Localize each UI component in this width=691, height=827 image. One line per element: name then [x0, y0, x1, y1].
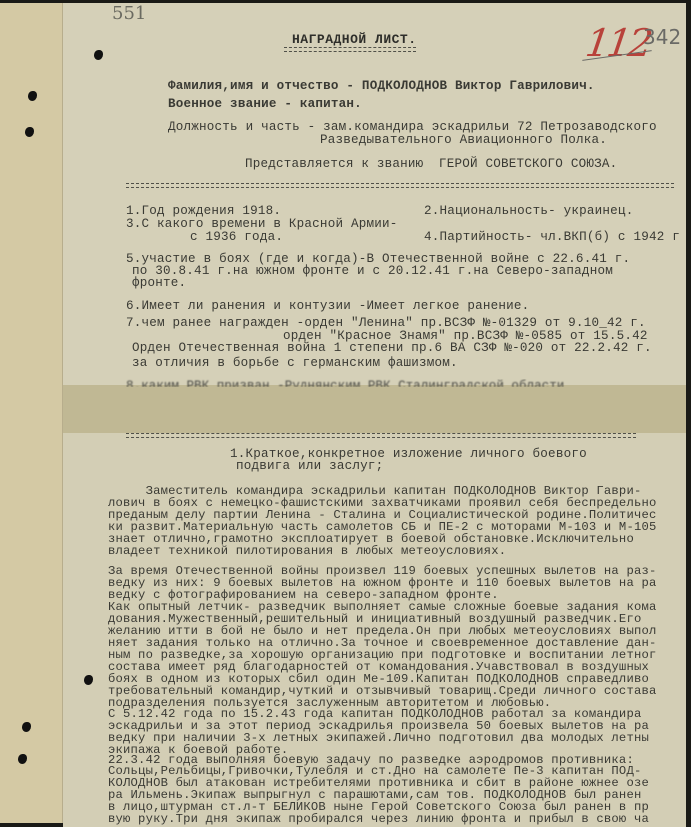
field-service-start-value: с 1936 года. [190, 231, 283, 244]
field-combat-line-2: по 30.8.41 г.на южном фронте и с 20.12.4… [132, 265, 613, 278]
field-combat-line-3: фронте. [132, 277, 186, 290]
binding-strip [0, 3, 63, 823]
title-underline [284, 47, 416, 52]
field-party: 4.Партийность- чл.ВКП(б) с 1942 г [424, 231, 680, 244]
narrative-line: владеет техникой пилотирования в любых м… [108, 545, 506, 557]
narrative-line: вую руку.Три дня экипаж пробирался через… [108, 813, 649, 825]
field-awards-line-4: за отличия в борьбе с германским фашизмо… [132, 357, 458, 370]
archive-number: 551 [112, 3, 146, 24]
award-sheet-scan: 551 112 342 НАГРАДНОЙ ЛИСТ. Фамилия,имя … [0, 3, 686, 823]
name-line: Фамилия,имя и отчество - ПОДКОЛОДНОВ Вик… [168, 80, 595, 93]
pencil-page-number: 342 [643, 25, 681, 49]
lower-divider [126, 433, 636, 438]
position-line-2: Разведывательного Авиационного Полка. [320, 134, 607, 147]
section-heading-line-2: подвига или заслуг; [236, 460, 383, 473]
page-overlap-gap [63, 385, 686, 433]
field-nationality: 2.Национальность- украинец. [424, 205, 633, 218]
section-divider [126, 183, 674, 188]
field-awards-line-3: Орден Отечественная война 1 степени пр.6… [132, 342, 652, 355]
nomination-line: Представляется к званию ГЕРОЙ СОВЕТСКОГО… [245, 158, 617, 171]
field-wounds: 6.Имеет ли ранения и контузии -Имеет лег… [126, 300, 529, 313]
rank-line: Военное звание - капитан. [168, 98, 362, 111]
document-title: НАГРАДНОЙ ЛИСТ. [292, 32, 417, 47]
